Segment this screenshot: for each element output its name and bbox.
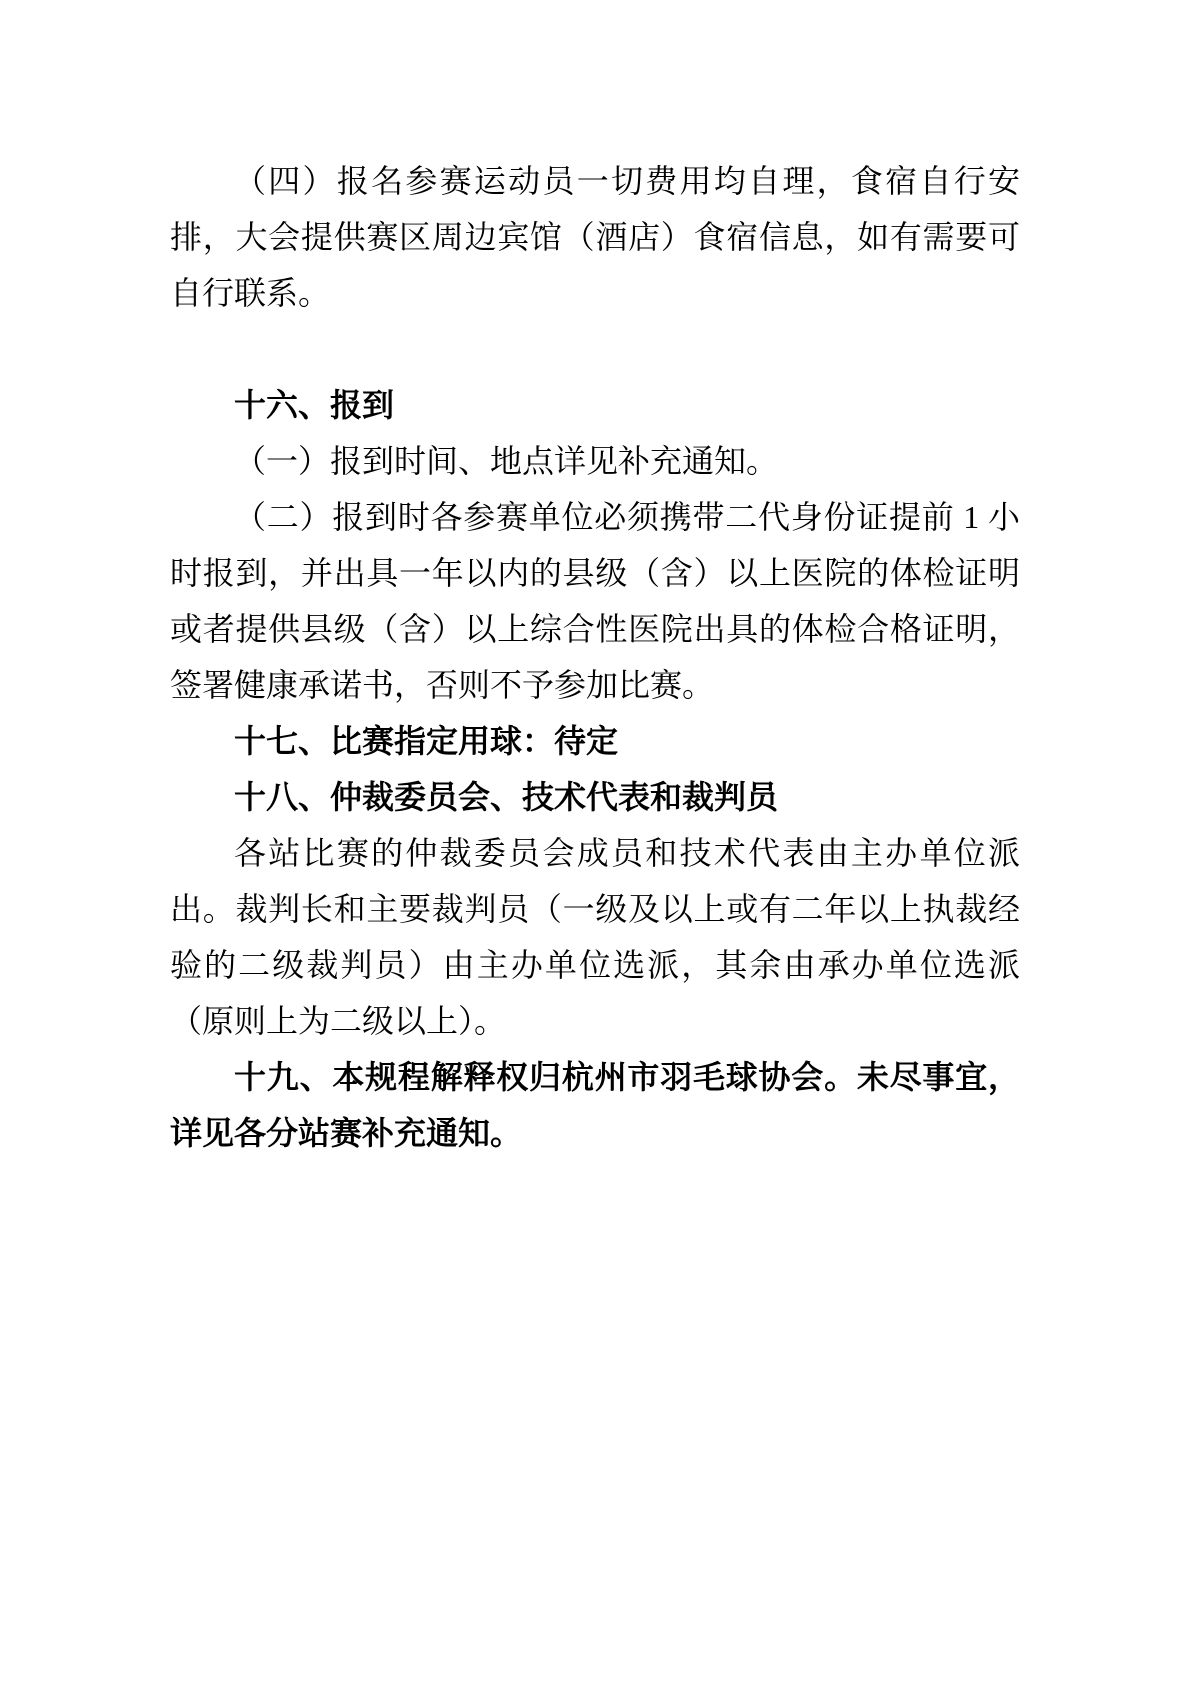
document-page: （四）报名参赛运动员一切费用均自理，食宿自行安排，大会提供赛区周边宾馆（酒店）食… bbox=[0, 0, 1190, 1683]
section-heading-18-jury-referees: 十八、仲裁委员会、技术代表和裁判员 bbox=[170, 769, 1020, 825]
section-heading-17-official-shuttlecock: 十七、比赛指定用球：待定 bbox=[170, 713, 1020, 769]
paragraph-jury-referee-appointment: 各站比赛的仲裁委员会成员和技术代表由主办单位派出。裁判长和主要裁判员（一级及以上… bbox=[170, 825, 1020, 1049]
paragraph-fees-accommodation: （四）报名参赛运动员一切费用均自理，食宿自行安排，大会提供赛区周边宾馆（酒店）食… bbox=[170, 153, 1020, 321]
section-heading-16-check-in: 十六、报到 bbox=[170, 377, 1020, 433]
document-text-block: （四）报名参赛运动员一切费用均自理，食宿自行安排，大会提供赛区周边宾馆（酒店）食… bbox=[170, 153, 1020, 1161]
paragraph-check-in-requirements: （二）报到时各参赛单位必须携带二代身份证提前 1 小时报到，并出具一年以内的县级… bbox=[170, 489, 1020, 713]
blank-line bbox=[170, 321, 1020, 377]
section-heading-19-interpretation-rights: 十九、本规程解释权归杭州市羽毛球协会。未尽事宜，详见各分站赛补充通知。 bbox=[170, 1049, 1020, 1161]
paragraph-check-in-time: （一）报到时间、地点详见补充通知。 bbox=[170, 433, 1020, 489]
